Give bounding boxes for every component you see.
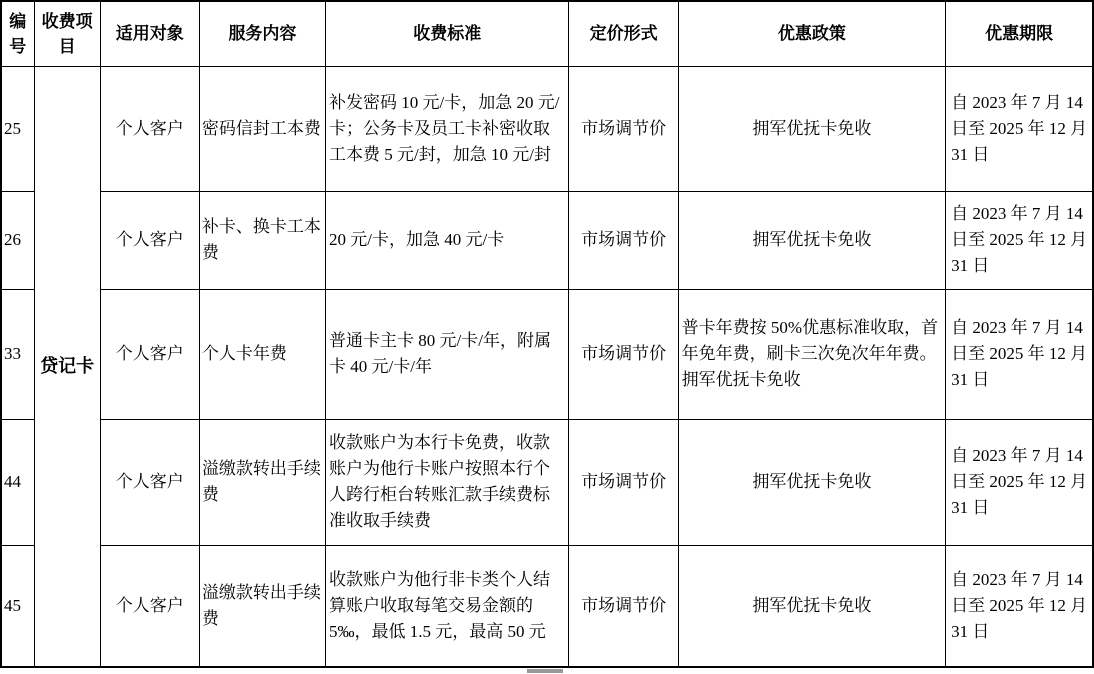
cell-pricing: 市场调节价	[569, 545, 678, 667]
cell-pricing: 市场调节价	[569, 289, 678, 419]
cell-id: 25	[1, 66, 34, 191]
cell-audience: 个人客户	[100, 419, 199, 545]
header-audience: 适用对象	[100, 1, 199, 66]
fee-schedule-table: 编号 收费项目 适用对象 服务内容 收费标准 定价形式 优惠政策 优惠期限 25…	[0, 0, 1094, 668]
cell-fee-item-category: 贷记卡	[34, 66, 100, 667]
cell-pricing: 市场调节价	[569, 66, 678, 191]
cell-id: 33	[1, 289, 34, 419]
cell-service: 个人卡年费	[199, 289, 325, 419]
screenshot-artifact-bar	[527, 669, 563, 673]
header-service: 服务内容	[199, 1, 325, 66]
cell-standard: 20 元/卡，加急 40 元/卡	[326, 191, 569, 289]
header-fee-item: 收费项目	[34, 1, 100, 66]
cell-policy: 拥军优抚卡免收	[678, 419, 945, 545]
cell-standard: 收款账户为本行卡免费，收款账户为他行卡账户按照本行个人跨行柜台转账汇款手续费标准…	[326, 419, 569, 545]
cell-service: 密码信封工本费	[199, 66, 325, 191]
cell-service: 补卡、换卡工本费	[199, 191, 325, 289]
table-body: 25 贷记卡 个人客户 密码信封工本费 补发密码 10 元/卡，加急 20 元/…	[1, 66, 1093, 667]
header-pricing: 定价形式	[569, 1, 678, 66]
header-policy: 优惠政策	[678, 1, 945, 66]
header-standard: 收费标准	[326, 1, 569, 66]
cell-pricing: 市场调节价	[569, 191, 678, 289]
cell-audience: 个人客户	[100, 191, 199, 289]
table-row: 26 个人客户 补卡、换卡工本费 20 元/卡，加急 40 元/卡 市场调节价 …	[1, 191, 1093, 289]
cell-audience: 个人客户	[100, 66, 199, 191]
cell-period: 自 2023 年 7 月 14 日至 2025 年 12 月 31 日	[946, 66, 1093, 191]
cell-service: 溢缴款转出手续费	[199, 545, 325, 667]
document-page: 编号 收费项目 适用对象 服务内容 收费标准 定价形式 优惠政策 优惠期限 25…	[0, 0, 1094, 674]
cell-standard: 补发密码 10 元/卡，加急 20 元/卡；公务卡及员工卡补密收取工本费 5 元…	[326, 66, 569, 191]
table-header: 编号 收费项目 适用对象 服务内容 收费标准 定价形式 优惠政策 优惠期限	[1, 1, 1093, 66]
table-row: 44 个人客户 溢缴款转出手续费 收款账户为本行卡免费，收款账户为他行卡账户按照…	[1, 419, 1093, 545]
cell-policy: 拥军优抚卡免收	[678, 545, 945, 667]
cell-pricing: 市场调节价	[569, 419, 678, 545]
cell-period: 自 2023 年 7 月 14 日至 2025 年 12 月 31 日	[946, 191, 1093, 289]
cell-policy: 拥军优抚卡免收	[678, 66, 945, 191]
cell-period: 自 2023 年 7 月 14 日至 2025 年 12 月 31 日	[946, 419, 1093, 545]
cell-period: 自 2023 年 7 月 14 日至 2025 年 12 月 31 日	[946, 289, 1093, 419]
cell-standard: 普通卡主卡 80 元/卡/年，附属卡 40 元/卡/年	[326, 289, 569, 419]
header-period: 优惠期限	[946, 1, 1093, 66]
cell-id: 44	[1, 419, 34, 545]
cell-id: 45	[1, 545, 34, 667]
table-row: 25 贷记卡 个人客户 密码信封工本费 补发密码 10 元/卡，加急 20 元/…	[1, 66, 1093, 191]
cell-policy: 拥军优抚卡免收	[678, 191, 945, 289]
table-row: 33 个人客户 个人卡年费 普通卡主卡 80 元/卡/年，附属卡 40 元/卡/…	[1, 289, 1093, 419]
table-row: 45 个人客户 溢缴款转出手续费 收款账户为他行非卡类个人结算账户收取每笔交易金…	[1, 545, 1093, 667]
header-row: 编号 收费项目 适用对象 服务内容 收费标准 定价形式 优惠政策 优惠期限	[1, 1, 1093, 66]
cell-audience: 个人客户	[100, 545, 199, 667]
cell-policy: 普卡年费按 50%优惠标准收取，首年免年费，刷卡三次免次年年费。拥军优抚卡免收	[678, 289, 945, 419]
cell-period: 自 2023 年 7 月 14 日至 2025 年 12 月 31 日	[946, 545, 1093, 667]
header-id: 编号	[1, 1, 34, 66]
cell-audience: 个人客户	[100, 289, 199, 419]
cell-service: 溢缴款转出手续费	[199, 419, 325, 545]
cell-id: 26	[1, 191, 34, 289]
cell-standard: 收款账户为他行非卡类个人结算账户收取每笔交易金额的 5‰，最低 1.5 元，最高…	[326, 545, 569, 667]
